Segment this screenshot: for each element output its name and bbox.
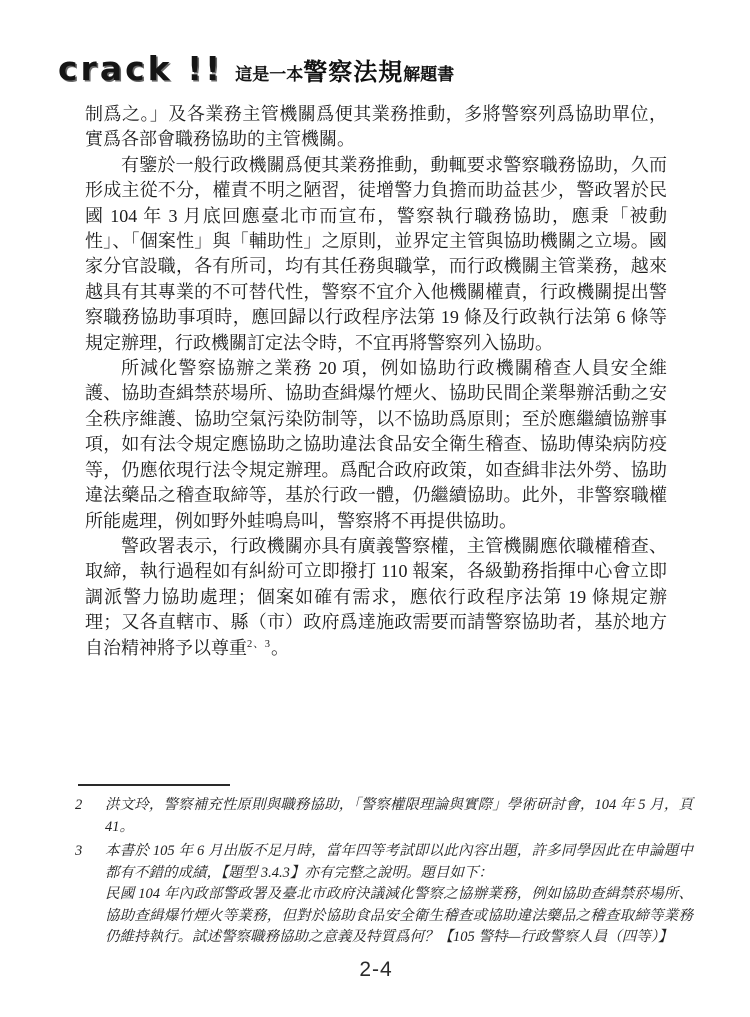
crack-logo-text: crack !! [58, 52, 223, 85]
footnote-item: 2 洪文玲，警察補充性原則與職務協助，「警察權限理論與實際」學術研討會，104 … [75, 795, 693, 838]
paragraph: 制爲之。」及各業務主管機關爲便其業務推動，多將警察列爲協助單位，實爲各部會職務協… [85, 102, 667, 153]
footnote-reference: 2、3 [247, 639, 271, 650]
paragraph-text: 警政署表示，行政機關亦具有廣義警察權，主管機關應依職權稽查、取締，執行過程如有糾… [85, 536, 667, 658]
book-title-prefix: 這是一本 [235, 65, 303, 84]
page-number: 2-4 [85, 958, 667, 982]
footnote-section: 2 洪文玲，警察補充性原則與職務協助，「警察權限理論與實際」學術研討會，104 … [75, 795, 693, 952]
footnote-number: 2 [75, 795, 105, 838]
sentence-end: 。 [271, 638, 289, 658]
footnote-separator-line [78, 784, 230, 786]
footnote-text: 洪文玲，警察補充性原則與職務協助，「警察權限理論與實際」學術研討會，104 年 … [105, 795, 693, 838]
book-title-main: 警察法規 [303, 59, 403, 86]
footnote-number: 3 [75, 841, 105, 949]
footnote-exam-question: 民國 104 年內政部警政署及臺北市政府決議減化警察之協辦業務，例如協助查緝禁菸… [105, 884, 693, 949]
footnote-text: 本書於 105 年 6 月出版不足月時，當年四等考試即以此內容出題，許多同學因此… [105, 841, 693, 949]
header-logo: crack !! 這是一本警察法規解題書 [58, 52, 454, 85]
footnote-item: 3 本書於 105 年 6 月出版不足月時，當年四等考試即以此內容出題，許多同學… [75, 841, 693, 949]
book-page: crack !! 這是一本警察法規解題書 制爲之。」及各業務主管機關爲便其業務推… [0, 0, 750, 1017]
main-text-block: 制爲之。」及各業務主管機關爲便其業務推動，多將警察列爲協助單位，實爲各部會職務協… [85, 102, 667, 661]
paragraph: 所減化警察協辦之業務 20 項，例如協助行政機關稽查人員安全維護、協助查緝禁菸場… [85, 356, 667, 534]
book-title-suffix: 解題書 [403, 65, 454, 84]
paragraph: 警政署表示，行政機關亦具有廣義警察權，主管機關應依職權稽查、取締，執行過程如有糾… [85, 534, 667, 661]
paragraph: 有鑒於一般行政機關爲便其業務推動，動輒要求警察職務協助，久而形成主從不分，權責不… [85, 153, 667, 356]
book-title: 這是一本警察法規解題書 [235, 61, 454, 85]
footnote-intro: 本書於 105 年 6 月出版不足月時，當年四等考試即以此內容出題，許多同學因此… [105, 841, 693, 884]
